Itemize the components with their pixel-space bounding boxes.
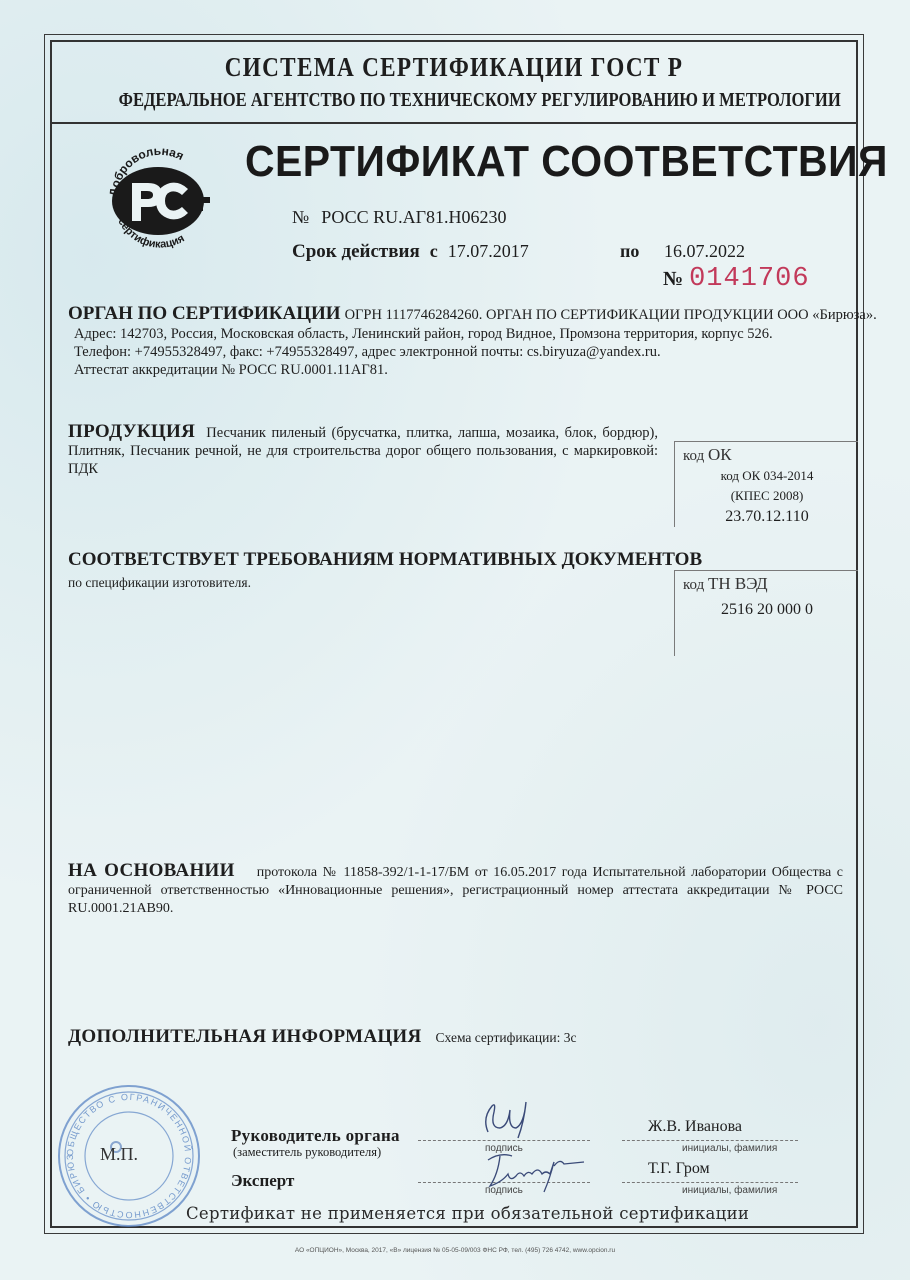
- tnved-code-box: код ТН ВЭД 2516 20 000 0: [674, 570, 858, 656]
- expert-name-line: [622, 1182, 798, 1183]
- header-divider: [50, 122, 858, 124]
- agency-title: ФЕДЕРАЛЬНОЕ АГЕНТСТВО ПО ТЕХНИЧЕСКОМУ РЕ…: [119, 89, 790, 112]
- certification-body-heading: ОРГАН ПО СЕРТИФИКАЦИИ: [68, 303, 341, 324]
- valid-from: 17.07.2017: [448, 241, 529, 261]
- serial-number-sign: №: [663, 268, 683, 290]
- deputy-label: (заместитель руководителя): [233, 1145, 381, 1160]
- gost-r-logo: Добровольная сертификация: [104, 143, 216, 255]
- conformity-heading: СООТВЕТСТВУЕТ ТРЕБОВАНИЯМ НОРМАТИВНЫХ ДО…: [68, 549, 702, 571]
- conformity-text: по спецификации изготовителя.: [68, 575, 251, 591]
- head-name: Ж.В. Иванова: [648, 1118, 742, 1136]
- rst-mark-icon: Добровольная сертификация: [104, 143, 216, 255]
- tnved-code-value: 2516 20 000 0: [675, 601, 859, 619]
- certificate-title: СЕРТИФИКАТ СООТВЕТСТВИЯ: [245, 137, 888, 187]
- certification-scheme: Схема сертификации: 3с: [436, 1030, 577, 1045]
- serial-number-value: 0141706: [689, 264, 809, 294]
- validity-period: Срок действияс17.07.2017: [292, 241, 529, 263]
- product-heading: ПРОДУКЦИЯ: [68, 421, 195, 442]
- registration-number-value: РОСС RU.АГ81.Н06230: [321, 207, 506, 227]
- basis-section: НА ОСНОВАНИИ протокола № 11858-392/1-1-1…: [68, 862, 843, 918]
- expert-role-label: Эксперт: [231, 1171, 294, 1191]
- ok-code-box: код ОК код ОК 034-2014 (КПЕС 2008) 23.70…: [674, 441, 858, 527]
- expert-name: Т.Г. Гром: [648, 1160, 710, 1178]
- certification-body-ogrn: ОГРН 1117746284260. ОРГАН ПО СЕРТИФИКАЦИ…: [345, 307, 877, 323]
- valid-to: 16.07.2022: [664, 241, 745, 262]
- additional-info-section: ДОПОЛНИТЕЛЬНАЯ ИНФОРМАЦИЯСхема сертифика…: [68, 1026, 576, 1048]
- disclaimer: Сертификат не применяется при обязательн…: [186, 1204, 749, 1223]
- printer-footer: АО «ОПЦИОН», Москва, 2017, «В» лицензия …: [0, 1247, 910, 1254]
- head-role-label: Руководитель органа: [231, 1126, 400, 1146]
- ok-code-value: 23.70.12.110: [675, 508, 859, 526]
- certification-body-contacts: Телефон: +74955328497, факс: +7495532849…: [74, 343, 848, 361]
- expert-signature-icon: [480, 1144, 590, 1196]
- serial-number: №0141706: [663, 264, 810, 294]
- certification-body-accreditation: Аттестат аккредитации № РОСС RU.0001.11А…: [74, 361, 848, 379]
- ok-code-label: код ОК: [683, 445, 732, 465]
- head-name-line: [622, 1140, 798, 1141]
- from-label: с: [430, 241, 438, 261]
- to-label: по: [620, 241, 639, 262]
- stamp-placeholder-label: М.П.: [100, 1144, 138, 1165]
- head-signature-icon: [478, 1098, 548, 1144]
- product-section: ПРОДУКЦИЯ Песчаник пиленый (брусчатка, п…: [68, 423, 658, 478]
- head-name-caption: инициалы, фамилия: [682, 1143, 777, 1154]
- system-title: СИСТЕМА СЕРТИФИКАЦИИ ГОСТ Р: [107, 52, 802, 83]
- ok-kpes: (КПЕС 2008): [675, 488, 859, 504]
- basis-heading: НА ОСНОВАНИИ: [68, 860, 235, 881]
- registration-number: №РОСС RU.АГ81.Н06230: [292, 207, 507, 228]
- validity-label: Срок действия: [292, 241, 420, 262]
- expert-name-caption: инициалы, фамилия: [682, 1185, 777, 1196]
- certification-body-section: ОРГАН ПО СЕРТИФИКАЦИИ ОГРН 1117746284260…: [68, 303, 848, 379]
- certification-body-address: Адрес: 142703, Россия, Московская област…: [74, 325, 848, 343]
- tnved-code-label: код ТН ВЭД: [683, 574, 768, 594]
- number-sign: №: [292, 207, 309, 227]
- ok-classifier: код ОК 034-2014: [675, 468, 859, 484]
- additional-info-heading: ДОПОЛНИТЕЛЬНАЯ ИНФОРМАЦИЯ: [68, 1026, 422, 1047]
